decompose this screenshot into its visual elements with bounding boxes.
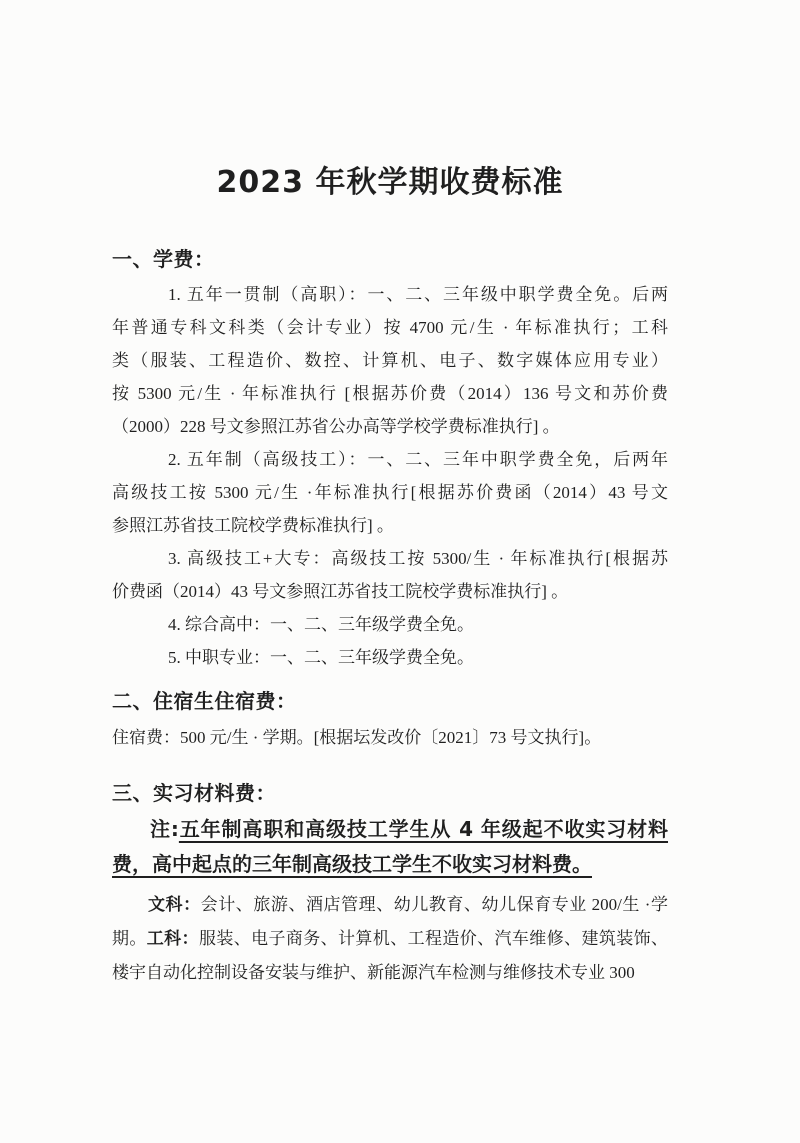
- text-line: 价费函（2014）43 号文参照江苏省技工院校学费标准执行] 。: [112, 575, 668, 608]
- text-line: 期。工科：服装、电子商务、计算机、工程造价、汽车维修、建筑装饰、: [112, 922, 668, 956]
- materials-note-line-2: 费，高中起点的三年制高级技工学生不收实习材料费。: [112, 847, 668, 882]
- text-line: （2000）228 号文参照江苏省公办高等学校学费标准执行] 。: [112, 410, 668, 443]
- materials-fee-paragraph: 文科：会计、旅游、酒店管理、幼儿教育、幼儿保育专业 200/生 ·学 期。工科：…: [112, 888, 668, 989]
- section-materials-heading: 三、实习材料费：: [112, 780, 668, 806]
- liberal-arts-list: 会计、旅游、酒店管理、幼儿教育、幼儿保育专业 200/生 ·学: [201, 895, 668, 914]
- accommodation-fee-line: 住宿费：500 元/生 · 学期。[根据坛发改价〔2021〕73 号文执行]。: [112, 720, 668, 756]
- section-accommodation-heading: 二、住宿生住宿费：: [112, 688, 668, 714]
- note-label: 注:: [150, 817, 179, 841]
- text-line: 1. 五年一贯制（高职）：一、二、三年级中职学费全免。后两: [112, 278, 668, 311]
- liberal-arts-label: 文科：: [148, 895, 201, 915]
- text-line: 参照江苏省技工院校学费标准执行] 。: [112, 509, 668, 542]
- engineering-label: 工科：: [147, 929, 199, 949]
- text-line: 文科：会计、旅游、酒店管理、幼儿教育、幼儿保育专业 200/生 ·学: [112, 888, 668, 922]
- page-title: 2023 年秋学期收费标准: [112, 164, 668, 202]
- document-page: 2023 年秋学期收费标准 一、学费： 1. 五年一贯制（高职）：一、二、三年级…: [0, 0, 800, 1143]
- section-tuition-heading: 一、学费：: [112, 246, 668, 272]
- text-line: 按 5300 元/生 · 年标准执行 [根据苏价费（2014）136 号文和苏价…: [112, 377, 668, 410]
- note-underlined-text: 五年制高职和高级技工学生从 4 年级起不收实习材料: [179, 817, 668, 841]
- tuition-item-4: 4. 综合高中：一、二、三年级学费全免。: [112, 608, 668, 641]
- text-line: 楼宇自动化控制设备安装与维护、新能源汽车检测与维修技术专业 300: [112, 956, 668, 989]
- tuition-item-5: 5. 中职专业：一、二、三年级学费全免。: [112, 641, 668, 674]
- document-content: 2023 年秋学期收费标准 一、学费： 1. 五年一贯制（高职）：一、二、三年级…: [112, 150, 668, 1003]
- text-line: 高级技工按 5300 元/生 ·年标准执行[根据苏价费函（2014）43 号文: [112, 476, 668, 509]
- line-prefix: 期。: [112, 929, 147, 948]
- section-tuition: 一、学费： 1. 五年一贯制（高职）：一、二、三年级中职学费全免。后两 年普通专…: [112, 246, 668, 674]
- text-line: 3. 高级技工+大专：高级技工按 5300/生 · 年标准执行[根据苏: [112, 542, 668, 575]
- tuition-item-1: 1. 五年一贯制（高职）：一、二、三年级中职学费全免。后两 年普通专科文科类（会…: [112, 278, 668, 443]
- text-line: 类（服装、工程造价、数控、计算机、电子、数字媒体应用专业）: [112, 344, 668, 377]
- tuition-item-2: 2. 五年制（高级技工）：一、二、三年中职学费全免，后两年 高级技工按 5300…: [112, 443, 668, 542]
- note-underlined-text: 费，高中起点的三年制高级技工学生不收实习材料费。: [112, 852, 592, 876]
- section-materials: 三、实习材料费： 注:五年制高职和高级技工学生从 4 年级起不收实习材料 费，高…: [112, 780, 668, 989]
- materials-note-line-1: 注:五年制高职和高级技工学生从 4 年级起不收实习材料: [112, 812, 668, 847]
- section-accommodation: 二、住宿生住宿费： 住宿费：500 元/生 · 学期。[根据坛发改价〔2021〕…: [112, 688, 668, 756]
- tuition-item-3: 3. 高级技工+大专：高级技工按 5300/生 · 年标准执行[根据苏 价费函（…: [112, 542, 668, 608]
- engineering-list: 服装、电子商务、计算机、工程造价、汽车维修、建筑装饰、: [199, 929, 668, 948]
- text-line: 年普通专科文科类（会计专业）按 4700 元/生 · 年标准执行；工科: [112, 311, 668, 344]
- text-line: 2. 五年制（高级技工）：一、二、三年中职学费全免，后两年: [112, 443, 668, 476]
